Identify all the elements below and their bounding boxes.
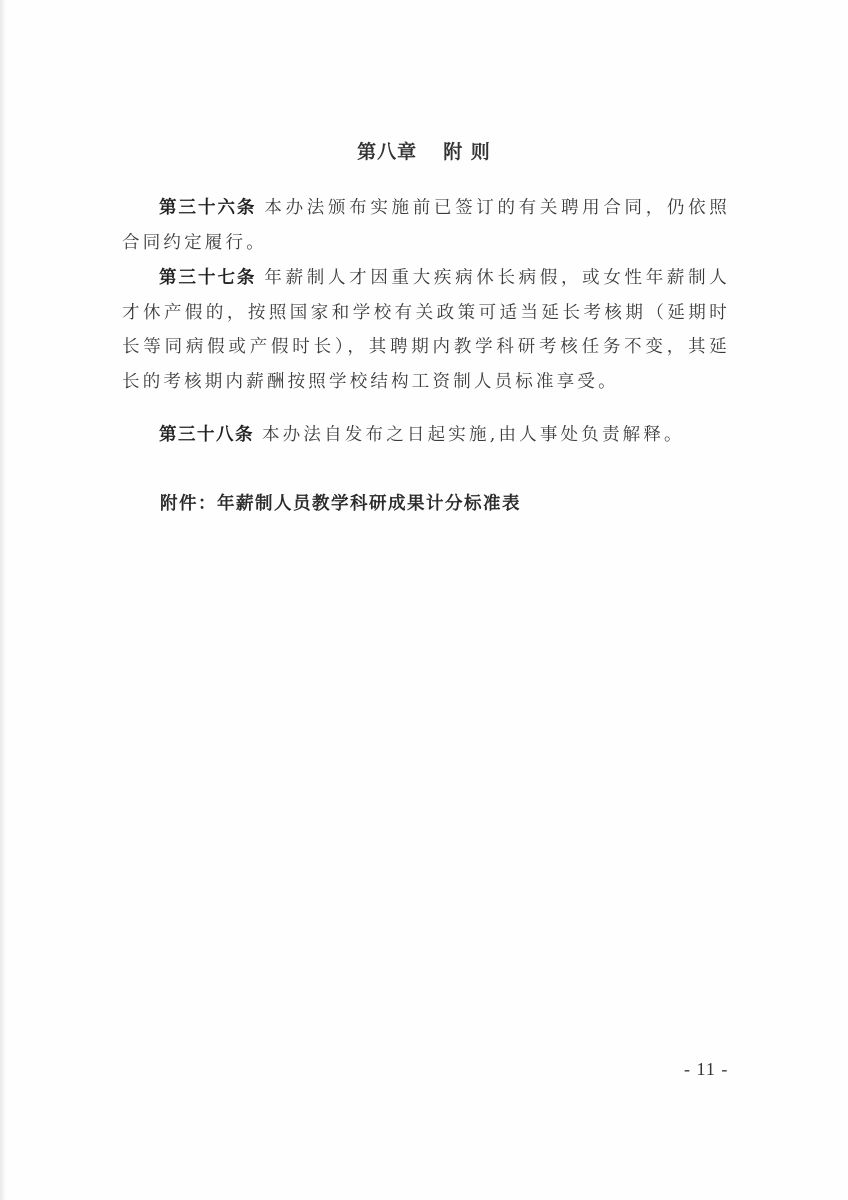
chapter-number: 第八章: [357, 141, 417, 163]
article-37: 第三十七条年薪制人才因重大疾病休长病假，或女性年薪制人才休产假的，按照国家和学校…: [122, 261, 730, 399]
article-38: 第三十八条本办法自发布之日起实施,由人事处负责解释。: [122, 418, 730, 453]
article-36: 第三十六条本办法颁布实施前已签订的有关聘用合同，仍依照合同约定履行。: [122, 191, 730, 260]
attachment-note: 附件：年薪制人员教学科研成果计分标准表: [160, 490, 521, 515]
chapter-name: 附 则: [443, 141, 491, 163]
article-number: 第三十八条: [159, 425, 254, 445]
article-text: 本办法自发布之日起实施,由人事处负责解释。: [262, 425, 685, 445]
article-number: 第三十七条: [159, 268, 256, 288]
chapter-title: 第八章附 则: [0, 137, 848, 164]
scan-edge-shadow: [0, 0, 6, 1200]
page-number: - 11 -: [684, 1059, 728, 1080]
article-number: 第三十六条: [159, 198, 256, 218]
document-page: 第八章附 则 第三十六条本办法颁布实施前已签订的有关聘用合同，仍依照合同约定履行…: [0, 0, 848, 1200]
